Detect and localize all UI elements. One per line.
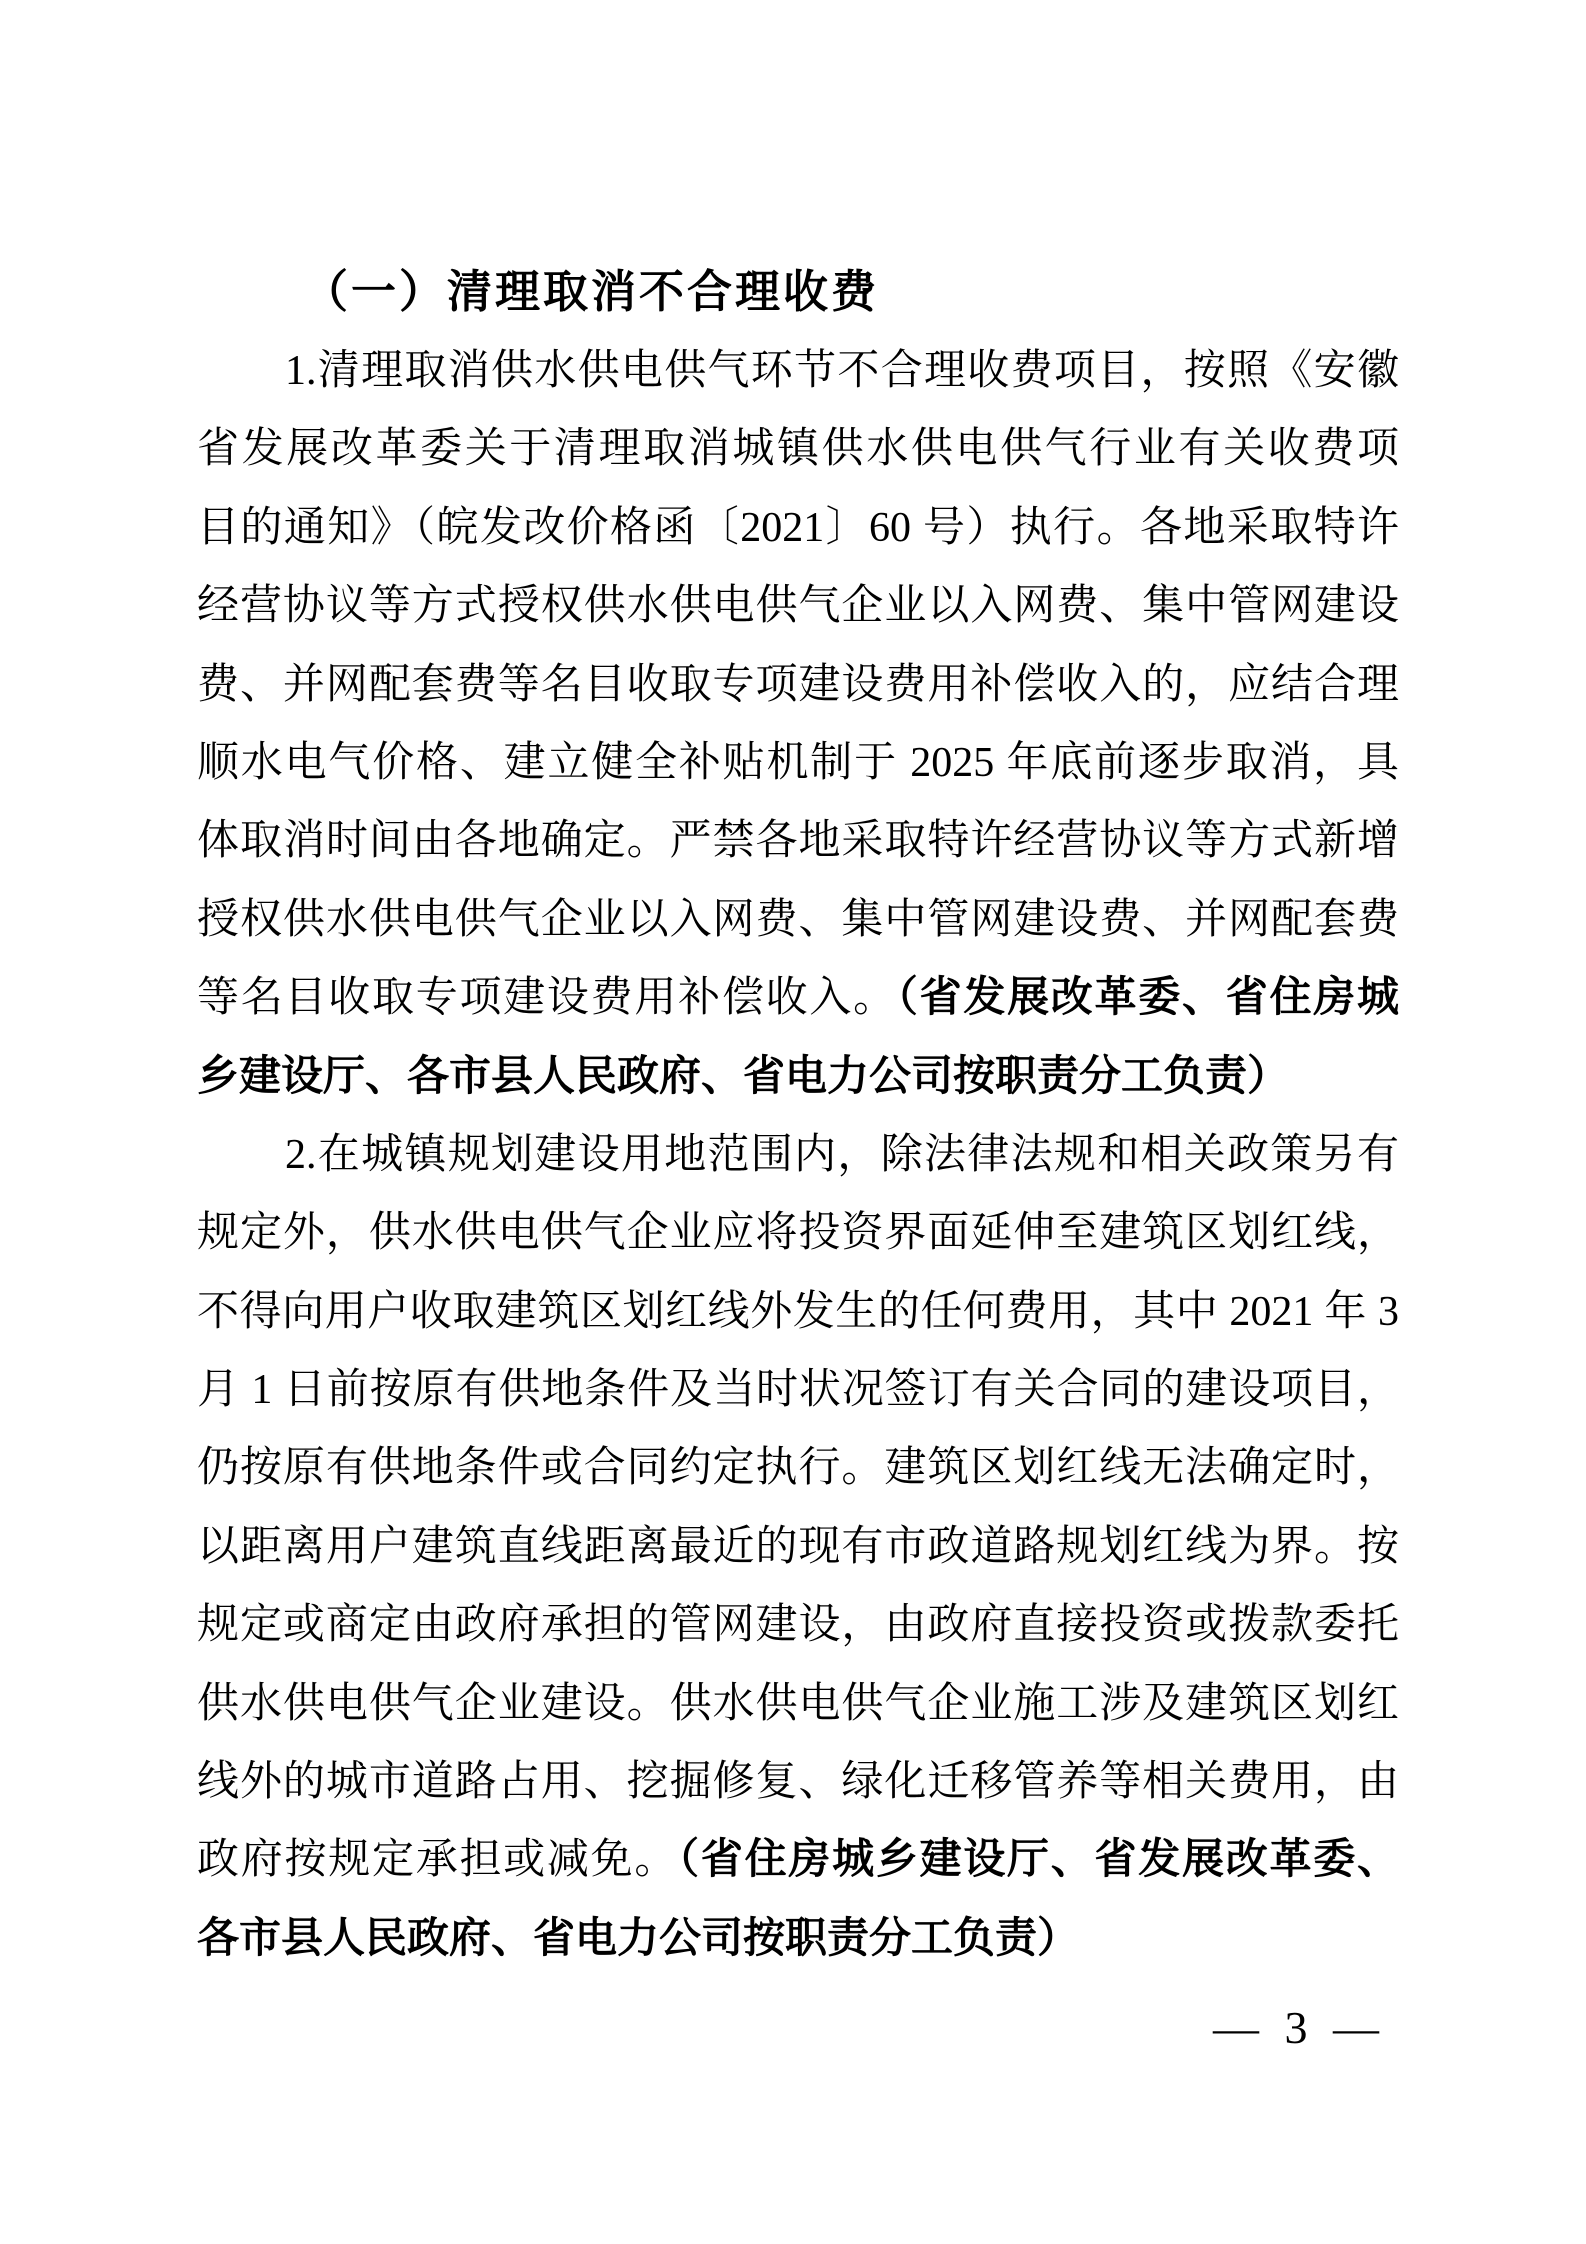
body-line: 体取消时间由各地确定。严禁各地采取特许经营协议等方式新增 xyxy=(197,802,1399,880)
body-line: 等名目收取专项建设费用补偿收入。（省发展改革委、省住房城 xyxy=(197,959,1399,1037)
text-segment: 仍按原有供地条件或合同约定执行。建筑区划红线无法确定时， xyxy=(197,1445,1399,1491)
body-line: 以距离用户建筑直线距离最近的现有市政道路规划红线为界。按 xyxy=(197,1508,1399,1586)
body-line: 目的通知》（皖发改价格函〔2021〕60 号）执行。各地采取特许 xyxy=(197,489,1399,567)
text-segment: 经营协议等方式授权供水供电供气企业以入网费、集中管网建设 xyxy=(197,583,1399,629)
body-line: 仍按原有供地条件或合同约定执行。建筑区划红线无法确定时， xyxy=(197,1429,1399,1507)
body-line: 各市县人民政府、省电力公司按职责分工负责） xyxy=(197,1900,1399,1978)
text-segment: 费、并网配套费等名目收取专项建设费用补偿收入的，应结合理 xyxy=(197,662,1399,708)
text-segment: 顺水电气价格、建立健全补贴机制于 2025 年底前逐步取消，具 xyxy=(197,740,1399,786)
text-segment: 1.清理取消供水供电供气环节不合理收费项目，按照《安徽 xyxy=(285,348,1399,394)
body-line: 2.在城镇规划建设用地范围内，除法律法规和相关政策另有 xyxy=(197,1116,1399,1194)
text-segment: 规定或商定由政府承担的管网建设，由政府直接投资或拨款委托 xyxy=(197,1602,1399,1648)
body-line: 经营协议等方式授权供水供电供气企业以入网费、集中管网建设 xyxy=(197,567,1399,645)
body-line: 规定外，供水供电供气企业应将投资界面延伸至建筑区划红线， xyxy=(197,1194,1399,1272)
text-segment: 目的通知》（皖发改价格函〔2021〕60 号）执行。各地采取特许 xyxy=(197,505,1399,551)
section-heading: （一）清理取消不合理收费 xyxy=(303,262,879,322)
body-line: 政府按规定承担或减免。（省住房城乡建设厅、省发展改革委、 xyxy=(197,1821,1399,1899)
body-line: 授权供水供电供气企业以入网费、集中管网建设费、并网配套费 xyxy=(197,881,1399,959)
body-line: 规定或商定由政府承担的管网建设，由政府直接投资或拨款委托 xyxy=(197,1586,1399,1664)
page-number: — 3 — xyxy=(1213,2002,1386,2054)
text-segment: 等名目收取专项建设费用补偿收入。 xyxy=(197,975,897,1021)
body-line: 顺水电气价格、建立健全补贴机制于 2025 年底前逐步取消，具 xyxy=(197,724,1399,802)
responsibility-clause-segment: 各市县人民政府、省电力公司按职责分工负责） xyxy=(197,1916,1079,1962)
body-line: 线外的城市道路占用、挖掘修复、绿化迁移管养等相关费用，由 xyxy=(197,1743,1399,1821)
body-line: 不得向用户收取建筑区划红线外发生的任何费用，其中 2021 年 3 xyxy=(197,1273,1399,1351)
document-page: （一）清理取消不合理收费 1.清理取消供水供电供气环节不合理收费项目，按照《安徽… xyxy=(0,0,1586,2244)
text-segment: 政府按规定承担或减免。 xyxy=(197,1837,678,1883)
body-line: 1.清理取消供水供电供气环节不合理收费项目，按照《安徽 xyxy=(197,332,1399,410)
text-segment: 供水供电供气企业建设。供水供电供气企业施工涉及建筑区划红 xyxy=(197,1681,1399,1727)
text-segment: 以距离用户建筑直线距离最近的现有市政道路规划红线为界。按 xyxy=(197,1524,1399,1570)
text-segment: 规定外，供水供电供气企业应将投资界面延伸至建筑区划红线， xyxy=(197,1210,1399,1256)
text-segment: 体取消时间由各地确定。严禁各地采取特许经营协议等方式新增 xyxy=(197,818,1399,864)
body-line: 省发展改革委关于清理取消城镇供水供电供气行业有关收费项 xyxy=(197,410,1399,488)
text-segment: 省发展改革委关于清理取消城镇供水供电供气行业有关收费项 xyxy=(197,426,1399,472)
text-segment: 月 1 日前按原有供地条件及当时状况签订有关合同的建设项目， xyxy=(197,1367,1399,1413)
body-line: 月 1 日前按原有供地条件及当时状况签订有关合同的建设项目， xyxy=(197,1351,1399,1429)
text-segment: 2.在城镇规划建设用地范围内，除法律法规和相关政策另有 xyxy=(285,1132,1399,1178)
responsibility-clause-segment: （省发展改革委、省住房城 xyxy=(897,975,1399,1021)
body-lines: 1.清理取消供水供电供气环节不合理收费项目，按照《安徽省发展改革委关于清理取消城… xyxy=(197,332,1399,1978)
body-line: 供水供电供气企业建设。供水供电供气企业施工涉及建筑区划红 xyxy=(197,1665,1399,1743)
responsibility-clause-segment: （省住房城乡建设厅、省发展改革委、 xyxy=(678,1837,1399,1883)
text-segment: 线外的城市道路占用、挖掘修复、绿化迁移管养等相关费用，由 xyxy=(197,1759,1399,1805)
body-line: 乡建设厅、各市县人民政府、省电力公司按职责分工负责） xyxy=(197,1038,1399,1116)
body-line: 费、并网配套费等名目收取专项建设费用补偿收入的，应结合理 xyxy=(197,646,1399,724)
text-segment: 授权供水供电供气企业以入网费、集中管网建设费、并网配套费 xyxy=(197,897,1399,943)
responsibility-clause-segment: 乡建设厅、各市县人民政府、省电力公司按职责分工负责） xyxy=(197,1054,1289,1100)
text-segment: 不得向用户收取建筑区划红线外发生的任何费用，其中 2021 年 3 xyxy=(197,1289,1399,1335)
